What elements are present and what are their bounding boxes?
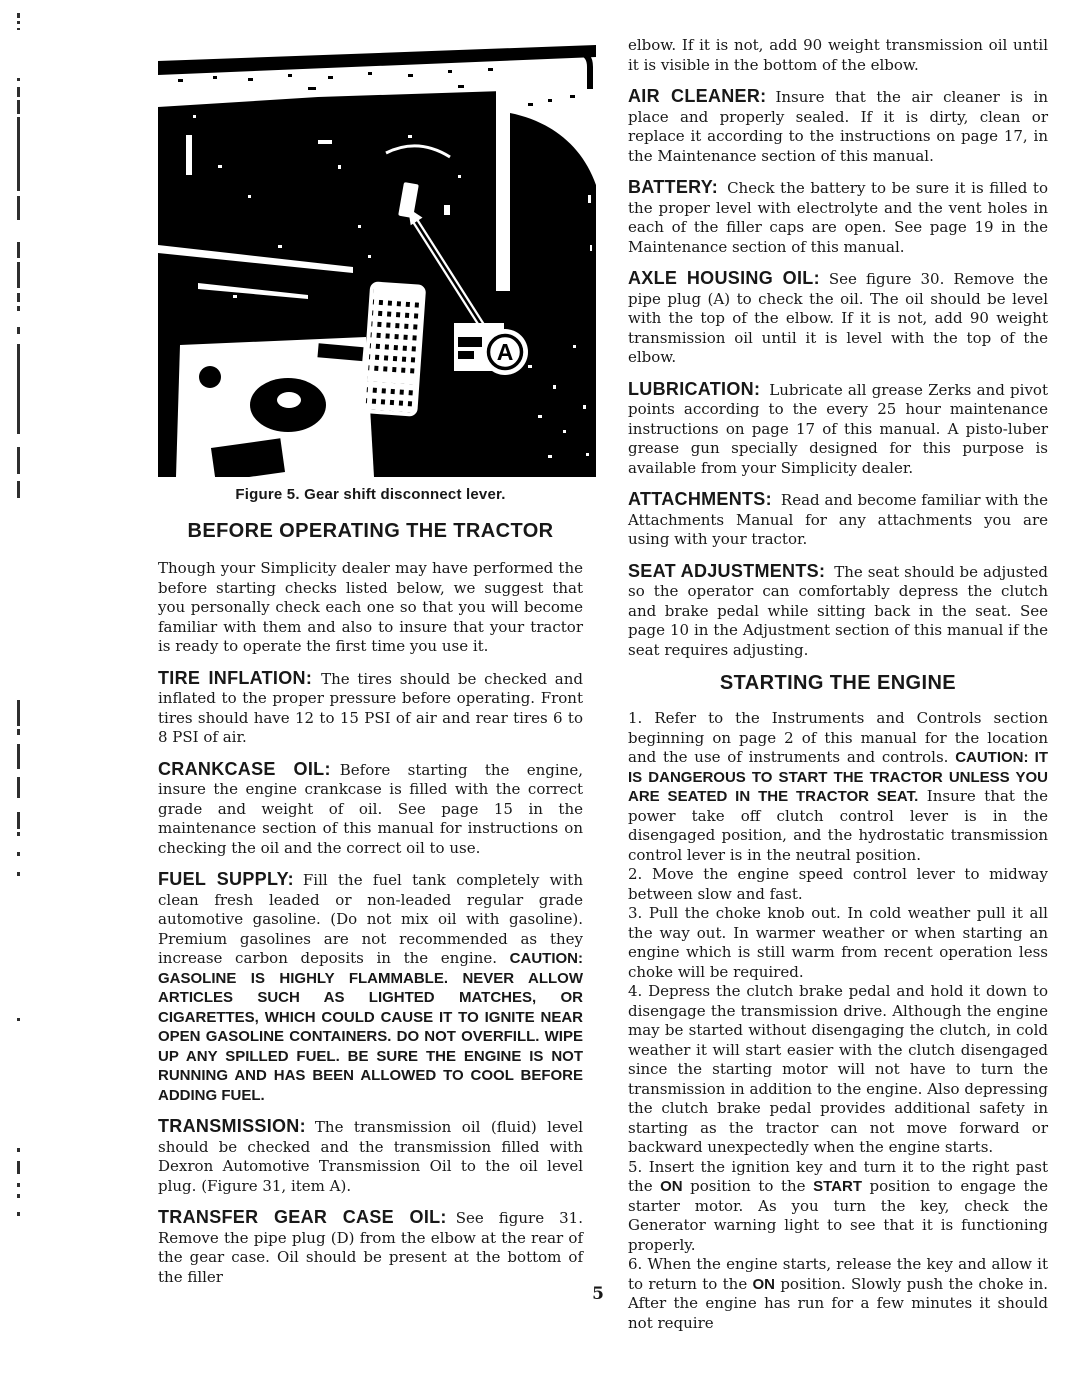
section-attachments: ATTACHMENTS:Read and become familiar wit… bbox=[628, 490, 1048, 550]
step-6: 6. When the engine starts, release the k… bbox=[628, 1255, 1048, 1333]
step-text: Depress the clutch brake pedal and hold … bbox=[628, 982, 1048, 1156]
section-crankcase-oil: CRANKCASE OIL:Before starting the engine… bbox=[158, 760, 583, 859]
step-5: 5. Insert the ignition key and turn it t… bbox=[628, 1158, 1048, 1256]
step-3: 3. Pull the choke knob out. In cold weat… bbox=[628, 904, 1048, 982]
step-number: 1. bbox=[628, 709, 642, 727]
section-seat-adjustments: SEAT ADJUSTMENTS:The seat should be adju… bbox=[628, 562, 1048, 661]
section-air-cleaner: AIR CLEANER:Insure that the air cleaner … bbox=[628, 87, 1048, 166]
right-column: elbow. If it is not, add 90 weight trans… bbox=[628, 36, 1048, 1333]
section-fuel-supply: FUEL SUPPLY:Fill the fuel tank completel… bbox=[158, 870, 583, 1105]
step-text: Pull the choke knob out. In cold weather… bbox=[628, 904, 1048, 981]
run-in-heading: AXLE HOUSING OIL: bbox=[628, 268, 820, 288]
run-in-heading: LUBRICATION: bbox=[628, 379, 760, 399]
step-number: 6. bbox=[628, 1255, 642, 1273]
step-2: 2. Move the engine speed control lever t… bbox=[628, 865, 1048, 904]
intro-paragraph: Though your Simplicity dealer may have p… bbox=[158, 559, 583, 657]
run-in-heading: SEAT ADJUSTMENTS: bbox=[628, 561, 825, 581]
run-in-heading: FUEL SUPPLY: bbox=[158, 869, 294, 889]
step-number: 3. bbox=[628, 904, 642, 922]
run-in-heading: BATTERY: bbox=[628, 177, 718, 197]
starting-steps: 1. Refer to the Instruments and Controls… bbox=[628, 709, 1048, 1333]
section-axle-housing-oil: AXLE HOUSING OIL:See figure 30. Remove t… bbox=[628, 269, 1048, 368]
figure-caption: Figure 5. Gear shift disconnect lever. bbox=[158, 486, 583, 503]
section-transmission: TRANSMISSION:The transmission oil (fluid… bbox=[158, 1117, 583, 1196]
section-transfer-gear-case-oil: TRANSFER GEAR CASE OIL:See figure 31. Re… bbox=[158, 1208, 583, 1287]
left-column: Figure 5. Gear shift disconnect lever. B… bbox=[158, 486, 583, 1299]
step-number: 2. bbox=[628, 865, 642, 883]
section-lubrication: LUBRICATION:Lubricate all grease Zerks a… bbox=[628, 380, 1048, 479]
run-in-heading: TIRE INFLATION: bbox=[158, 668, 312, 688]
heading-before-operating: BEFORE OPERATING THE TRACTOR bbox=[158, 520, 583, 543]
key-position-on: ON bbox=[753, 1276, 776, 1293]
run-in-heading: AIR CLEANER: bbox=[628, 86, 766, 106]
run-in-heading: TRANSFER GEAR CASE OIL: bbox=[158, 1207, 447, 1227]
step-1: 1. Refer to the Instruments and Controls… bbox=[628, 709, 1048, 865]
gear-shift-photo: A bbox=[158, 45, 596, 477]
step-number: 5. bbox=[628, 1158, 642, 1176]
run-in-heading: CRANKCASE OIL: bbox=[158, 759, 331, 779]
step-text: position to the bbox=[683, 1177, 813, 1195]
section-battery: BATTERY:Check the battery to be sure it … bbox=[628, 178, 1048, 257]
section-tire-inflation: TIRE INFLATION:The tires should be check… bbox=[158, 669, 583, 748]
heading-starting-the-engine: STARTING THE ENGINE bbox=[628, 672, 1048, 695]
callout-a-label: A bbox=[497, 339, 514, 365]
key-position-start: START bbox=[813, 1178, 862, 1195]
continuation-paragraph: elbow. If it is not, add 90 weight trans… bbox=[628, 36, 1048, 75]
page-number: 5 bbox=[558, 1284, 638, 1304]
key-position-on: ON bbox=[660, 1178, 683, 1195]
run-in-heading: TRANSMISSION: bbox=[158, 1116, 306, 1136]
caution-text: CAUTION: GASOLINE IS HIGHLY FLAMMABLE. N… bbox=[158, 950, 583, 1104]
run-in-heading: ATTACHMENTS: bbox=[628, 489, 772, 509]
step-text: Move the engine speed control lever to m… bbox=[628, 865, 1048, 903]
step-4: 4. Depress the clutch brake pedal and ho… bbox=[628, 982, 1048, 1158]
manual-page: A Figure 5. Gear shift disconnect lever.… bbox=[0, 0, 1080, 1397]
step-number: 4. bbox=[628, 982, 642, 1000]
